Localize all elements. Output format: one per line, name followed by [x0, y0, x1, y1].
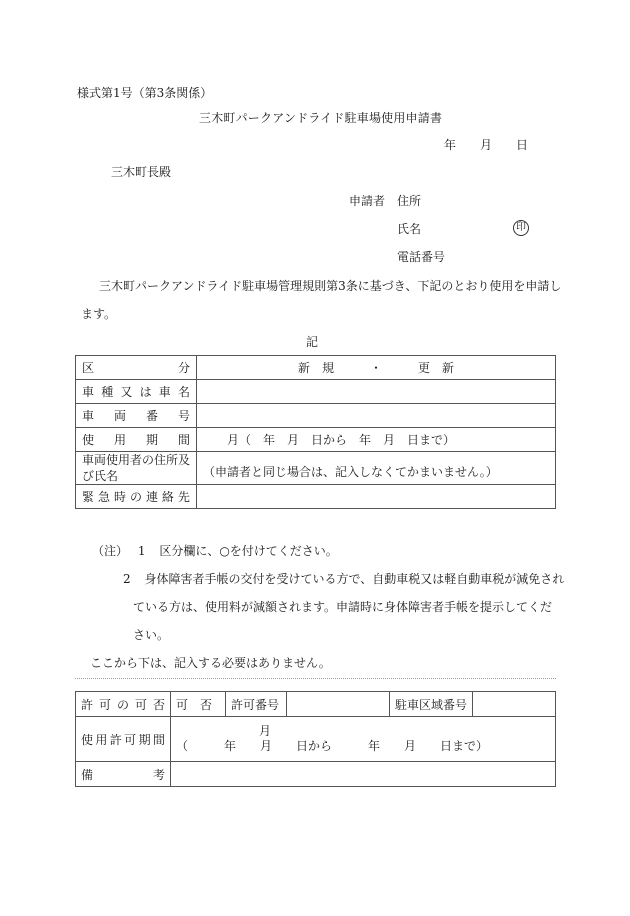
document-title: 三木町パークアンドライド駐車場使用申請書 — [199, 111, 442, 125]
form-id: 様式第1号（第3条関係） — [77, 86, 212, 100]
note-2-line3: さい。 — [133, 628, 169, 642]
emergency-contact-field[interactable] — [197, 485, 556, 509]
approval-choice[interactable]: 可 否 — [171, 692, 226, 717]
office-row-remarks: 備 考 — [76, 762, 556, 787]
table-row-plate-number: 車 両 番 号 — [76, 404, 556, 428]
note-1: （注） 1 区分欄に、○を付けてください。 — [92, 544, 338, 558]
label-approval: 許 可 の 可 否 — [76, 692, 171, 717]
ki-heading: 記 — [306, 335, 318, 349]
note-2-line2: ている方は、使用料が減額されます。申請時に身体障害者手帳を提示してくだ — [133, 600, 552, 614]
office-use-table: 許 可 の 可 否 可 否 許可番号 駐車区域番号 使 用 許 可 期 間 月 — [75, 691, 556, 787]
applicant-label: 申請者 — [349, 194, 385, 208]
vehicle-user-field[interactable]: （申請者と同じ場合は、記入しなくてかまいません。） — [197, 452, 556, 485]
date-year: 年 — [444, 138, 480, 152]
label-permit-period: 使 用 許 可 期 間 — [76, 717, 171, 762]
office-use-notice: ここから下は、記入する必要はありません。 — [90, 656, 331, 670]
label-usage-period: 使 用 期 間 — [76, 428, 197, 452]
table-row-usage-period: 使 用 期 間 月（ 年 月 日から 年 月 日まで） — [76, 428, 556, 452]
date-line: 年月日 — [444, 138, 528, 152]
remarks-field[interactable] — [171, 762, 556, 787]
label-vehicle-type: 車 種 又 は 車 名 — [76, 380, 197, 404]
category-value[interactable]: 新 規 ・ 更 新 — [197, 356, 556, 380]
table-row-vehicle-user: 車両使用者の住所及び氏名 （申請者と同じ場合は、記入しなくてかまいません。） — [76, 452, 556, 485]
note-2-line1: 2 身体障害者手帳の交付を受けている方で、自動車税又は軽自動車税が減免され — [123, 572, 564, 586]
zone-number-field[interactable] — [473, 692, 556, 717]
table-row-emergency-contact: 緊 急 時 の 連 絡 先 — [76, 485, 556, 509]
permit-period-field[interactable]: 月 （ 年 月 日から 年 月 日まで） — [171, 717, 556, 762]
office-row-approval: 許 可 の 可 否 可 否 許可番号 駐車区域番号 — [76, 692, 556, 717]
application-table: 区 分 新 規 ・ 更 新 車 種 又 は 車 名 車 両 番 号 — [75, 355, 556, 509]
label-remarks: 備 考 — [76, 762, 171, 787]
permit-number-field[interactable] — [287, 692, 390, 717]
phone-label: 電話番号 — [397, 250, 445, 264]
label-category: 区 分 — [76, 356, 197, 380]
vehicle-type-field[interactable] — [197, 380, 556, 404]
body-text-line1: 三木町パークアンドライド駐車場管理規則第3条に基づき、下記のとおり使用を申請し — [99, 279, 561, 293]
address-label: 住所 — [397, 194, 421, 208]
cut-line-divider — [75, 678, 556, 679]
date-month: 月 — [480, 138, 516, 152]
table-row-category: 区 分 新 規 ・ 更 新 — [76, 356, 556, 380]
date-day: 日 — [516, 138, 528, 152]
label-emergency-contact: 緊 急 時 の 連 絡 先 — [76, 485, 197, 509]
label-vehicle-user: 車両使用者の住所及び氏名 — [76, 452, 197, 485]
body-text-line2: ます。 — [81, 307, 116, 321]
plate-number-field[interactable] — [197, 404, 556, 428]
usage-period-field[interactable]: 月（ 年 月 日から 年 月 日まで） — [197, 428, 556, 452]
permit-number-label: 許可番号 — [226, 692, 287, 717]
name-label: 氏名 — [397, 222, 421, 236]
seal-icon: 印 — [513, 220, 529, 236]
office-row-permit-period: 使 用 許 可 期 間 月 （ 年 月 日から 年 月 日まで） — [76, 717, 556, 762]
label-plate-number: 車 両 番 号 — [76, 404, 197, 428]
addressee: 三木町長殿 — [111, 165, 171, 179]
zone-number-label: 駐車区域番号 — [390, 692, 473, 717]
table-row-vehicle-type: 車 種 又 は 車 名 — [76, 380, 556, 404]
